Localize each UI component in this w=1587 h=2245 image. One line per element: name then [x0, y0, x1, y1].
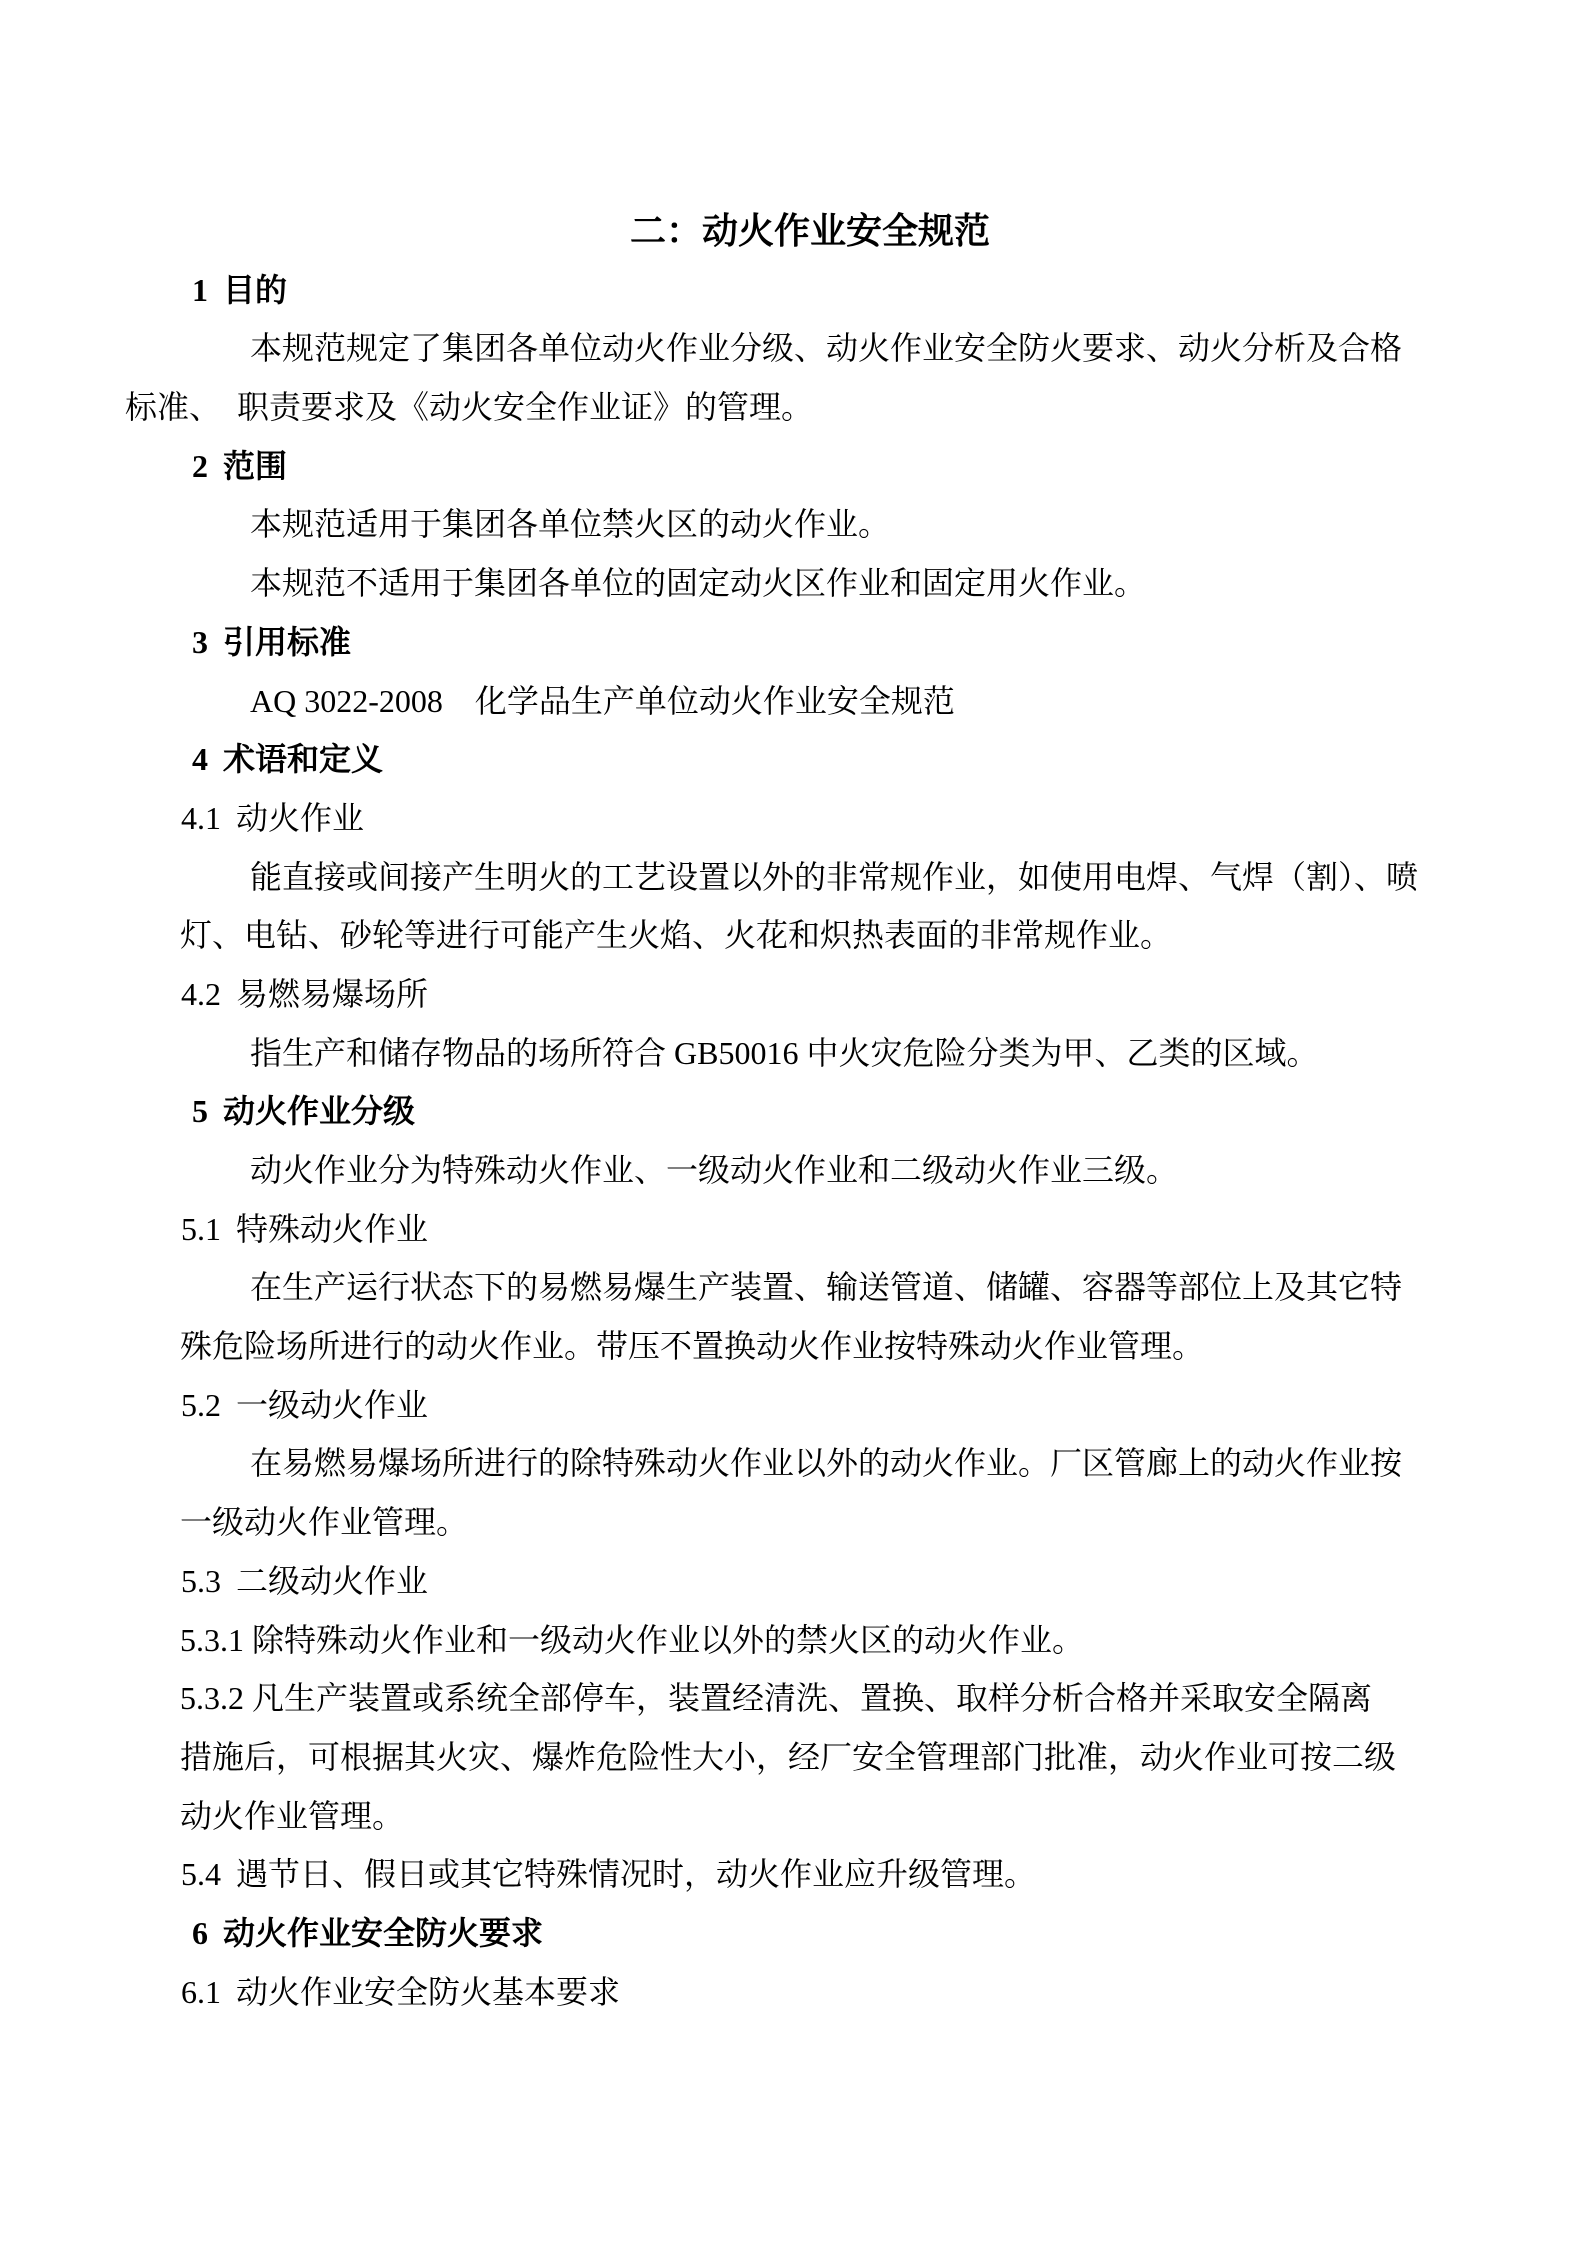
subsection-heading-4-2: 4.2 易燃易爆场所 — [0, 965, 1587, 1024]
paragraph-line: 殊危险场所进行的动火作业。带压不置换动火作业按特殊动火作业管理。 — [0, 1317, 1587, 1376]
section-heading-1: 1 目的 — [0, 261, 1587, 320]
paragraph-line: 本规范适用于集团各单位禁火区的动火作业。 — [0, 495, 1587, 554]
section-heading-5: 5 动火作业分级 — [0, 1082, 1587, 1141]
section-heading-6: 6 动火作业安全防火要求 — [0, 1904, 1587, 1963]
paragraph-line: 能直接或间接产生明火的工艺设置以外的非常规作业，如使用电焊、气焊（割）、喷 — [0, 848, 1587, 907]
subsection-heading-5-1: 5.1 特殊动火作业 — [0, 1200, 1587, 1259]
subsection-heading-5-4: 5.4 遇节日、假日或其它特殊情况时，动火作业应升级管理。 — [0, 1845, 1587, 1904]
paragraph-line: 在生产运行状态下的易燃易爆生产装置、输送管道、储罐、容器等部位上及其它特 — [0, 1258, 1587, 1317]
paragraph-line: 在易燃易爆场所进行的除特殊动火作业以外的动火作业。厂区管廊上的动火作业按 — [0, 1434, 1587, 1493]
document-page: 二：动火作业安全规范1 目的本规范规定了集团各单位动火作业分级、动火作业安全防火… — [0, 0, 1587, 2245]
subsection-heading-5-3: 5.3 二级动火作业 — [0, 1552, 1587, 1611]
document-body: 二：动火作业安全规范1 目的本规范规定了集团各单位动火作业分级、动火作业安全防火… — [0, 202, 1587, 2021]
paragraph-line: 灯、电钻、砂轮等进行可能产生火焰、火花和炽热表面的非常规作业。 — [0, 906, 1587, 965]
clause-line-5-3-1: 5.3.1 除特殊动火作业和一级动火作业以外的禁火区的动火作业。 — [0, 1611, 1587, 1670]
subsection-heading-6-1: 6.1 动火作业安全防火基本要求 — [0, 1963, 1587, 2022]
clause-line-5-3-2: 5.3.2 凡生产装置或系统全部停车，装置经清洗、置换、取样分析合格并采取安全隔… — [0, 1669, 1587, 1728]
paragraph-line: 一级动火作业管理。 — [0, 1493, 1587, 1552]
paragraph-line: 指生产和储存物品的场所符合 GB50016 中火灾危险分类为甲、乙类的区域。 — [0, 1024, 1587, 1083]
paragraph-line: 本规范规定了集团各单位动火作业分级、动火作业安全防火要求、动火分析及合格 — [0, 319, 1587, 378]
paragraph-line: AQ 3022-2008 化学品生产单位动火作业安全规范 — [0, 672, 1587, 731]
section-heading-2: 2 范围 — [0, 437, 1587, 496]
paragraph-line: 动火作业分为特殊动火作业、一级动火作业和二级动火作业三级。 — [0, 1141, 1587, 1200]
section-heading-4: 4 术语和定义 — [0, 730, 1587, 789]
subsection-heading-5-2: 5.2 一级动火作业 — [0, 1376, 1587, 1435]
paragraph-line: 动火作业管理。 — [0, 1787, 1587, 1846]
paragraph-line: 本规范不适用于集团各单位的固定动火区作业和固定用火作业。 — [0, 554, 1587, 613]
section-heading-3: 3 引用标准 — [0, 613, 1587, 672]
document-title: 二：动火作业安全规范 — [0, 202, 1587, 261]
subsection-heading-4-1: 4.1 动火作业 — [0, 789, 1587, 848]
paragraph-line: 措施后，可根据其火灾、爆炸危险性大小，经厂安全管理部门批准，动火作业可按二级 — [0, 1728, 1587, 1787]
paragraph-line: 标准、 职责要求及《动火安全作业证》的管理。 — [0, 378, 1587, 437]
